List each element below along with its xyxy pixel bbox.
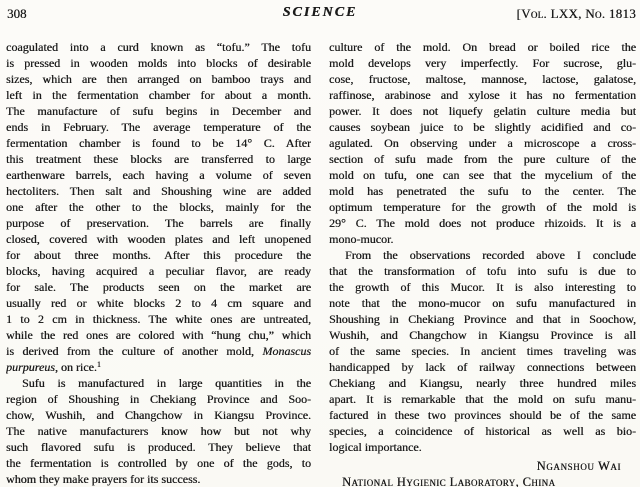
paragraph: Sufu is manufactured in large quantities… (6, 375, 311, 487)
author-signature: Nganshou Wai (329, 458, 636, 474)
journal-page-scan: 308 SCIENCE [Vol. LXX, No. 1813 coagulat… (0, 0, 640, 487)
text-line: usually red or white blocks 2 to 4 cm sq… (6, 295, 311, 311)
text-line: From the observations recorded above I c… (329, 247, 636, 263)
text-line: Shoushing in Chekiang Province and that … (329, 311, 636, 327)
left-text-column: coagulated into a curd known as “tofu.” … (6, 39, 311, 487)
text-line: earthenware barrels, each having a volum… (6, 167, 311, 183)
right-text-column: culture of the mold. On bread or boiled … (329, 39, 636, 487)
text-line: raffinose, arabinose and xylose it has n… (329, 87, 636, 103)
text-line: logical importance. (329, 439, 636, 455)
text-line: coagulated into a curd known as “tofu.” … (6, 39, 311, 55)
text-line: 1 to 2 cm in thickness. The white ones a… (6, 311, 311, 327)
text-line: closed, covered with wooden plates and l… (6, 231, 311, 247)
text-line: mold develops very imperfectly. For sucr… (329, 55, 636, 71)
text-line: for sale. The products seen on the marke… (6, 279, 311, 295)
text-line: The manufacture of sufu begins in Decemb… (6, 103, 311, 119)
text-line: hectoliters. Then salt and Shoushing win… (6, 183, 311, 199)
paragraph: From the observations recorded above I c… (329, 247, 636, 455)
text-line: such flavored sufu is produced. They bel… (6, 439, 311, 455)
text-line: power. It does not liquefy gelatin cultu… (329, 103, 636, 119)
text-line: species, a coincidence of historical as … (329, 423, 636, 439)
text-line: mono-mucor. (329, 231, 636, 247)
paragraph: culture of the mold. On bread or boiled … (329, 39, 636, 247)
text-line: left in the fermentation chamber for abo… (6, 87, 311, 103)
text-line: culture of the mold. On bread or boiled … (329, 39, 636, 55)
two-column-text-body: coagulated into a curd known as “tofu.” … (6, 39, 636, 487)
text-line: one after the other to the blocks, mainl… (6, 199, 311, 215)
text-line: Sufu is manufactured in large quantities… (6, 375, 311, 391)
text-line: is derived from the culture of another m… (6, 343, 311, 359)
text-line: causes soybean juice to be slightly acid… (329, 119, 636, 135)
volume-issue-label: [Vol. LXX, No. 1813 (516, 6, 636, 22)
text-line: handicapped by lack of railway connectio… (329, 359, 636, 375)
paragraph: coagulated into a curd known as “tofu.” … (6, 39, 311, 375)
text-line: mold has penetrated the sufu to the cent… (329, 183, 636, 199)
text-line: region of Shoushing in Chekiang Province… (6, 391, 311, 407)
text-line: whom they make prayers for its success. (6, 471, 311, 487)
text-line: purpureus, on rice.1 (6, 359, 311, 375)
text-line: that the transformation of tofu into suf… (329, 263, 636, 279)
text-line: chow, Wushih, and Changchow in Kiangsu P… (6, 407, 311, 423)
text-line: cose, fructose, maltose, mannose, lactos… (329, 71, 636, 87)
text-line: ends in February. The average temperatur… (6, 119, 311, 135)
author-affiliation: National Hygienic Laboratory, China (329, 474, 636, 487)
text-line: factured in these two provinces should b… (329, 407, 636, 423)
text-line: optimum temperature for the growth of th… (329, 199, 636, 215)
right-column-paragraphs: culture of the mold. On bread or boiled … (329, 39, 636, 455)
text-line: of the same species. In ancient times tr… (329, 343, 636, 359)
text-line: section of sufu made from the pure cultu… (329, 151, 636, 167)
text-line: purpose of preservation. The barrels are… (6, 215, 311, 231)
page-header: 308 SCIENCE [Vol. LXX, No. 1813 (0, 6, 640, 22)
text-line: the fermentation is controlled by one of… (6, 455, 311, 471)
text-line: Chekiang and Kiangsu, nearly three hundr… (329, 375, 636, 391)
text-line: 29° C. The mold does not produce rhizoid… (329, 215, 636, 231)
text-line: agulated. On observing under a microscop… (329, 135, 636, 151)
text-line: the growth of this Mucor. It is also int… (329, 279, 636, 295)
text-line: The native manufacturers know how but no… (6, 423, 311, 439)
text-line: fermentation chamber is found to be 14° … (6, 135, 311, 151)
text-line: sizes, which are then arranged on bamboo… (6, 71, 311, 87)
text-line: is pressed in wooden molds into blocks o… (6, 55, 311, 71)
text-line: apart. It is remarkable that the mold on… (329, 391, 636, 407)
text-line: for about three months. After this proce… (6, 247, 311, 263)
text-line: this treatment these blocks are transfer… (6, 151, 311, 167)
text-line: note that the mono-mucor on sufu manufac… (329, 295, 636, 311)
text-line: mold on tufu, one can see that the mycel… (329, 167, 636, 183)
text-line: while the red ones are colored with “hun… (6, 327, 311, 343)
text-line: Wushih, and Changchow in Kiangsu Provinc… (329, 327, 636, 343)
text-line: blocks, having acquired a peculiar flavo… (6, 263, 311, 279)
